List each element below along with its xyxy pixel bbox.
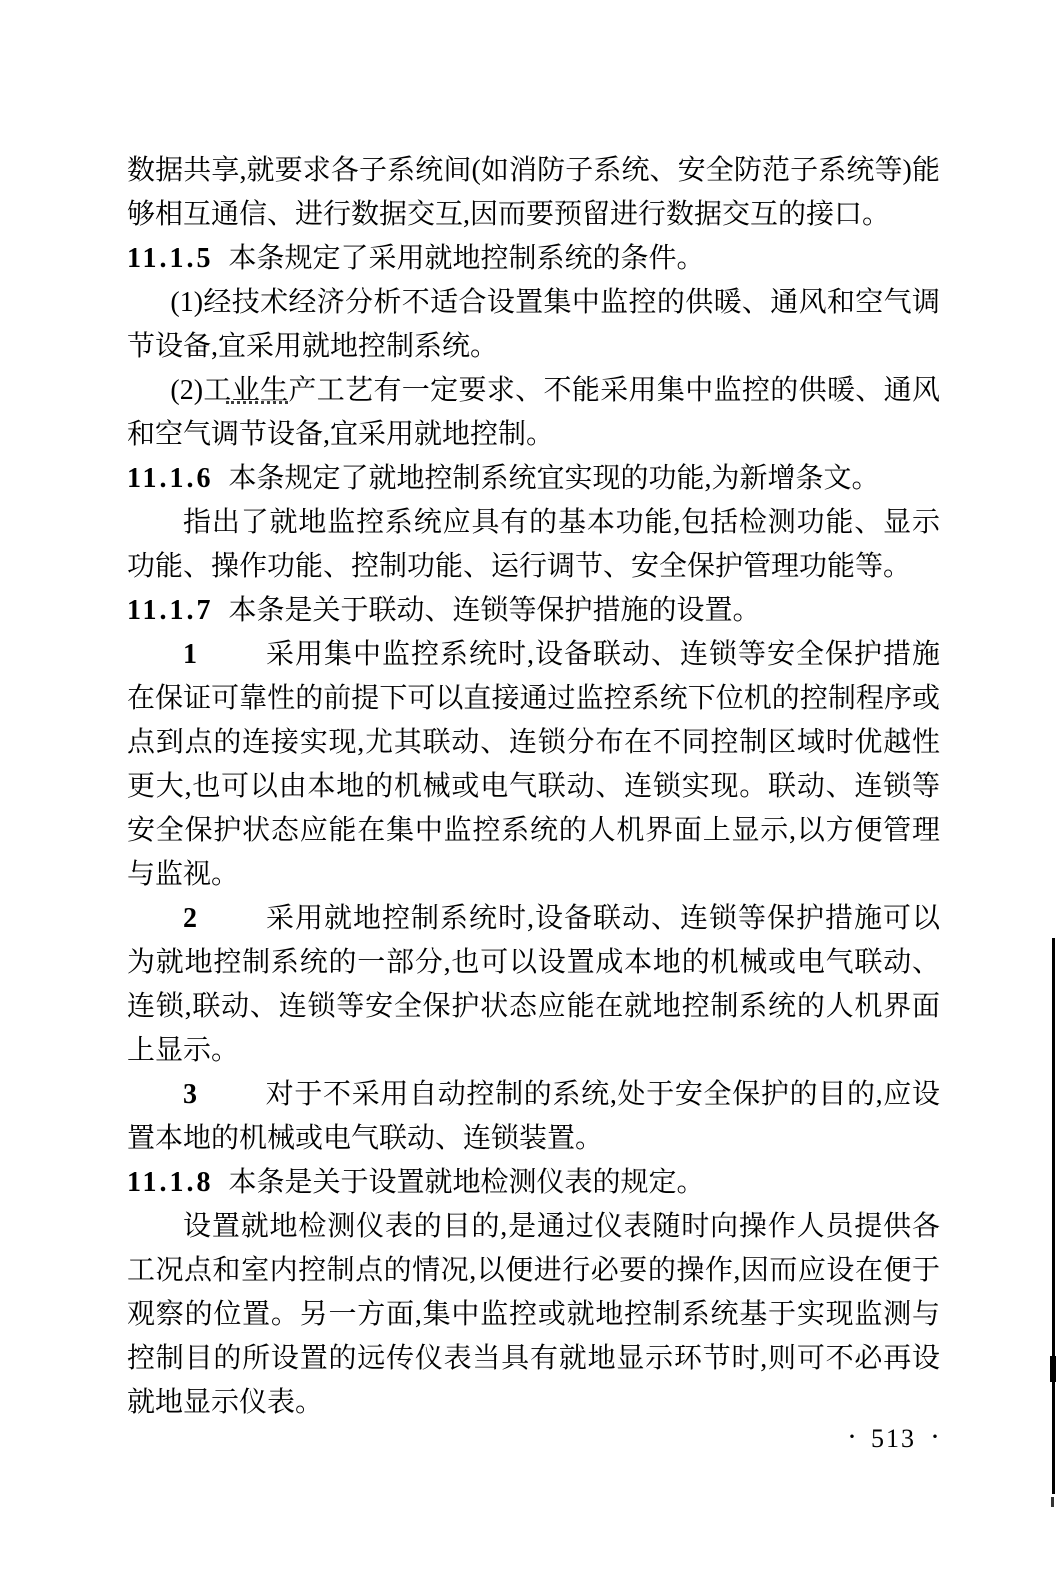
paragraph-text: 本条规定了采用就地控制系统的条件。 bbox=[228, 243, 704, 274]
paragraph: 1采用集中监控系统时,设备联动、连锁等安全保护措施在保证可靠性的前提下可以直接通… bbox=[127, 633, 940, 897]
paragraph-text: 本条是关于联动、连锁等保护措施的设置。 bbox=[228, 595, 760, 626]
clause-paragraph: 11.1.6本条规定了就地控制系统宜实现的功能,为新增条文。 bbox=[127, 457, 940, 501]
scanned-document-page: 数据共享,就要求各子系统间(如消防子系统、安全防范子系统等)能够相互通信、进行数… bbox=[0, 0, 1056, 1586]
paragraph: 2采用就地控制系统时,设备联动、连锁等保护措施可以为就地控制系统的一部分,也可以… bbox=[127, 897, 940, 1073]
paragraph: (1)经技术经济分析不适合设置集中监控的供暖、通风和空气调节设备,宜采用就地控制… bbox=[127, 281, 940, 369]
paragraph-text: (1)经技术经济分析不适合设置集中监控的供暖、通风和空气调节设备,宜采用就地控制… bbox=[127, 287, 940, 362]
footer-left-dot: · bbox=[847, 1420, 857, 1453]
paragraph: 数据共享,就要求各子系统间(如消防子系统、安全防范子系统等)能够相互通信、进行数… bbox=[127, 149, 940, 237]
scan-artifact-vertical-line bbox=[1052, 938, 1055, 1494]
clause-number: 11.1.6 bbox=[127, 463, 213, 494]
list-number: 1 bbox=[183, 639, 197, 670]
paragraph-text: 数据共享,就要求各子系统间(如消防子系统、安全防范子系统等)能够相互通信、进行数… bbox=[127, 155, 940, 230]
paragraph-text: 本条规定了就地控制系统宜实现的功能,为新增条文。 bbox=[228, 463, 879, 494]
paragraph-text: 本条是关于设置就地检测仪表的规定。 bbox=[228, 1167, 704, 1198]
scan-artifact-vertical-line-notch bbox=[1050, 1356, 1056, 1382]
clause-number: 11.1.8 bbox=[127, 1167, 213, 1198]
clause-number: 11.1.7 bbox=[127, 595, 213, 626]
paragraph-text: 指出了就地监控系统应具有的基本功能,包括检测功能、显示功能、操作功能、控制功能、… bbox=[127, 507, 940, 582]
paragraph: 指出了就地监控系统应具有的基本功能,包括检测功能、显示功能、操作功能、控制功能、… bbox=[127, 501, 940, 589]
paragraph-text: 采用就地控制系统时,设备联动、连锁等保护措施可以为就地控制系统的一部分,也可以设… bbox=[127, 903, 940, 1066]
clause-paragraph: 11.1.8本条是关于设置就地检测仪表的规定。 bbox=[127, 1161, 940, 1205]
paragraph: (2)工业生产工艺有一定要求、不能采用集中监控的供暖、通风和空气调节设备,宜采用… bbox=[127, 369, 940, 457]
list-number: 3 bbox=[183, 1079, 197, 1110]
clause-number: 11.1.5 bbox=[127, 243, 213, 274]
scan-artifact-dotted-underline bbox=[226, 401, 288, 404]
list-number: 2 bbox=[183, 903, 197, 934]
paragraph-text: 采用集中监控系统时,设备联动、连锁等安全保护措施在保证可靠性的前提下可以直接通过… bbox=[127, 639, 940, 890]
footer-right-dot: · bbox=[930, 1420, 940, 1453]
paragraph-text: 设置就地检测仪表的目的,是通过仪表随时向操作人员提供各工况点和室内控制点的情况,… bbox=[127, 1211, 940, 1418]
paragraph: 3对于不采用自动控制的系统,处于安全保护的目的,应设置本地的机械或电气联动、连锁… bbox=[127, 1073, 940, 1161]
text-column: 数据共享,就要求各子系统间(如消防子系统、安全防范子系统等)能够相互通信、进行数… bbox=[127, 149, 940, 1425]
paragraph-text: 对于不采用自动控制的系统,处于安全保护的目的,应设置本地的机械或电气联动、连锁装… bbox=[127, 1079, 940, 1154]
clause-paragraph: 11.1.5本条规定了采用就地控制系统的条件。 bbox=[127, 237, 940, 281]
paragraph-text: (2)工业生产工艺有一定要求、不能采用集中监控的供暖、通风和空气调节设备,宜采用… bbox=[127, 375, 940, 450]
clause-paragraph: 11.1.7本条是关于联动、连锁等保护措施的设置。 bbox=[127, 589, 940, 633]
paragraph: 设置就地检测仪表的目的,是通过仪表随时向操作人员提供各工况点和室内控制点的情况,… bbox=[127, 1205, 940, 1425]
page-footer: ·513· bbox=[0, 1424, 940, 1454]
scan-artifact-vertical-line-tail bbox=[1051, 1497, 1054, 1507]
page-number: 513 bbox=[871, 1424, 916, 1453]
